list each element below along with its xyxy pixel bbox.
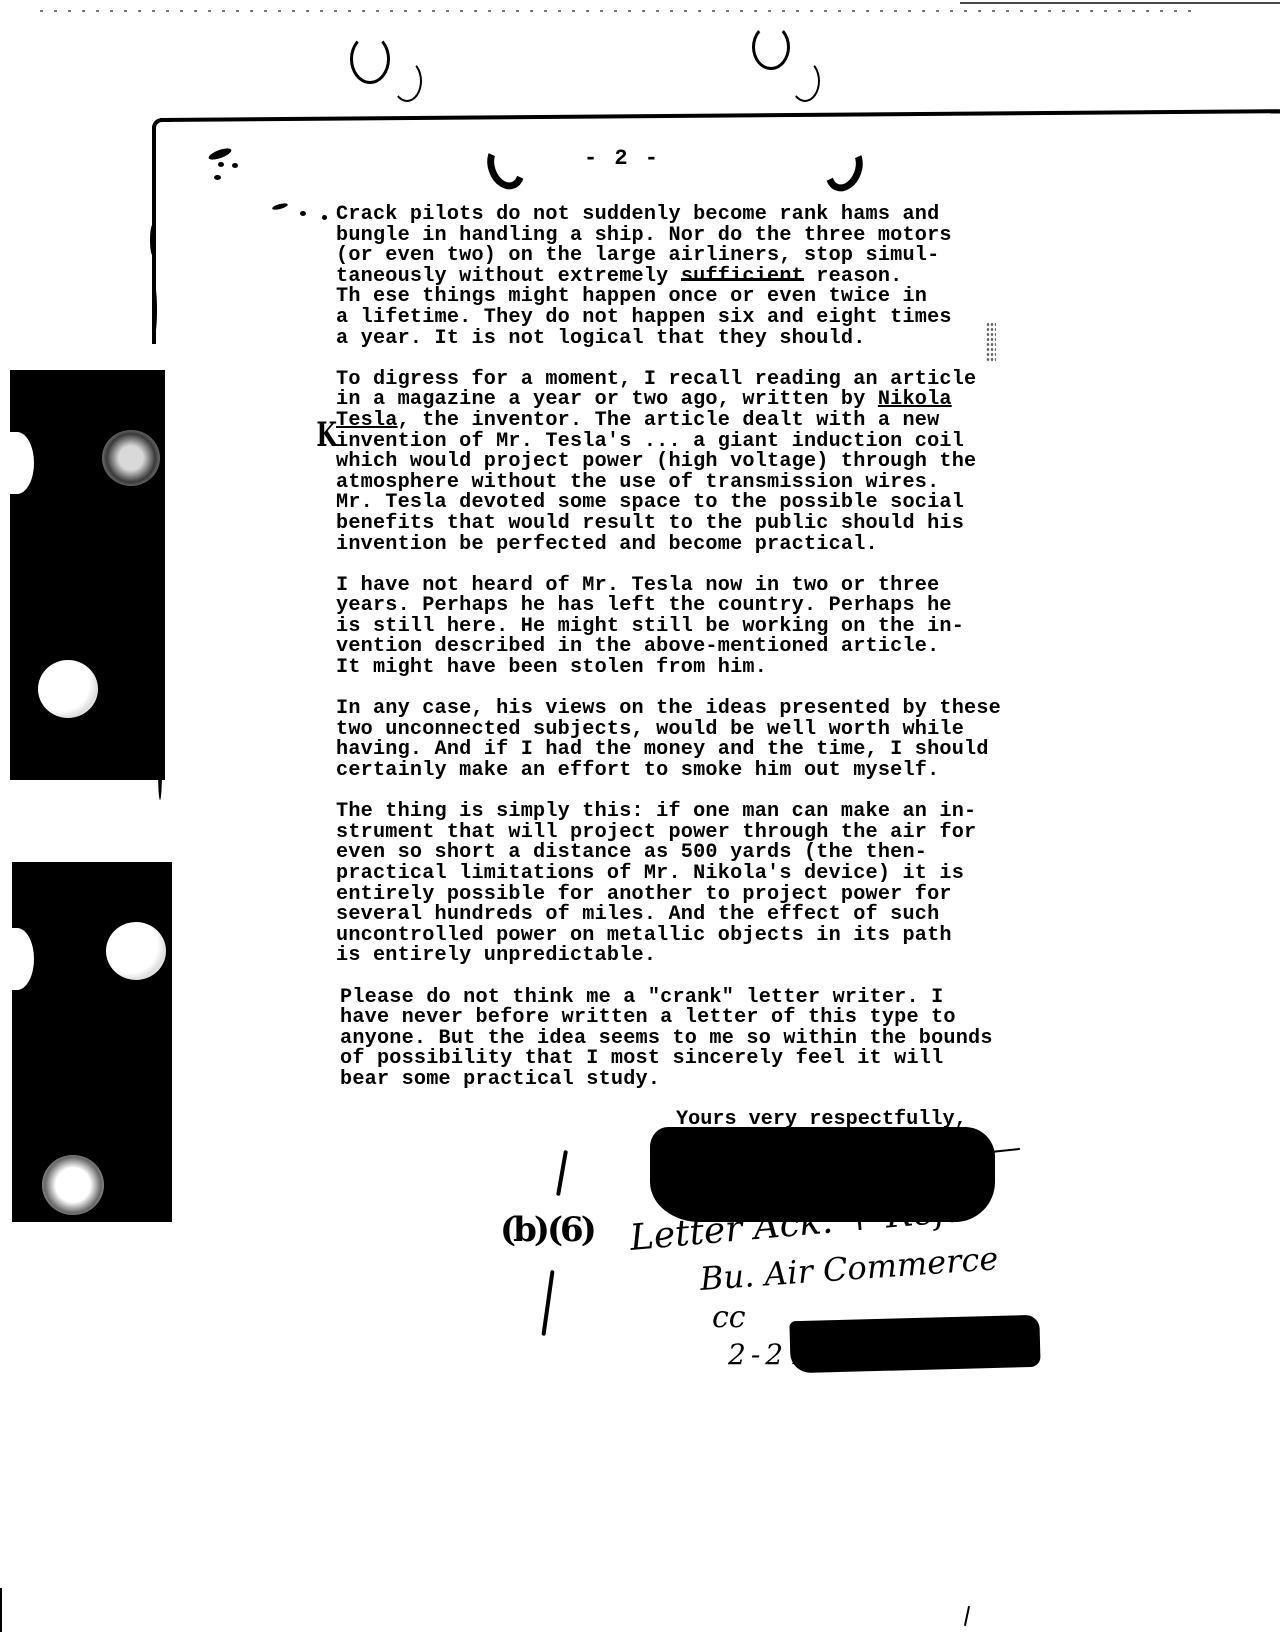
typed-line: is still here. He might still be working… [336, 617, 1036, 638]
typed-line: I have not heard of Mr. Tesla now in two… [336, 576, 1036, 597]
typed-line: two unconnected subjects, would be well … [336, 720, 1036, 741]
scan-edge-line [0, 1588, 2, 1632]
typed-line: invention of Mr. Tesla's ... a giant ind… [336, 432, 1036, 453]
typed-line: a year. It is not logical that they shou… [336, 329, 1036, 350]
underlined-name: Tesla [336, 409, 398, 432]
typed-line: of possibility that I most sincerely fee… [340, 1049, 1036, 1070]
handwritten-slash [541, 1270, 554, 1336]
typed-line: even so short a distance as 500 yards (t… [336, 843, 1036, 864]
ink-speck [300, 211, 306, 216]
typed-line: In any case, his views on the ideas pres… [336, 699, 1036, 720]
letter-paragraph: The thing is simply this: if one man can… [336, 802, 1036, 967]
typed-line: (or even two) on the large airliners, st… [336, 246, 1036, 267]
typed-line: To digress for a moment, I recall readin… [336, 370, 1036, 391]
punch-hole-icon [102, 430, 160, 486]
typed-line: taneously without extremely sufficient r… [336, 267, 1036, 288]
ink-speck [207, 146, 232, 162]
typed-line: practical limitations of Mr. Nikola's de… [336, 864, 1036, 885]
ghost-binder-hole-icon [350, 34, 390, 84]
typed-line: years. Perhaps he has left the country. … [336, 596, 1036, 617]
letter-paragraph: I have not heard of Mr. Tesla now in two… [336, 576, 1036, 679]
typed-line: bear some practical study. [340, 1070, 1036, 1091]
typed-line: Mr. Tesla devoted some space to the poss… [336, 493, 1036, 514]
punch-hole-icon [38, 660, 98, 718]
typed-line: Tesla, the inventor. The article dealt w… [336, 411, 1036, 432]
ink-speck [218, 162, 224, 167]
margin-annotation-k: K [316, 415, 337, 455]
letter-paragraph: Crack pilots do not suddenly become rank… [336, 205, 1036, 349]
ghost-binder-hole-icon [752, 24, 790, 70]
letter-paragraph: In any case, his views on the ideas pres… [336, 699, 1036, 781]
typed-line: bungle in handling a ship. Nor do the th… [336, 226, 1036, 247]
typed-line: a lifetime. They do not happen six and e… [336, 308, 1036, 329]
typed-line: vention described in the above-mentioned… [336, 637, 1036, 658]
typed-line: It might have been stolen from him. [336, 658, 1036, 679]
ink-speck [152, 285, 157, 335]
typed-line: have never before written a letter of th… [340, 1008, 1036, 1029]
ink-speck [150, 225, 155, 255]
letter-body: Crack pilots do not suddenly become rank… [336, 205, 1036, 1111]
scan-noise-line [40, 10, 1200, 12]
handwritten-slash [556, 1150, 568, 1196]
typed-line: entirely possible for another to project… [336, 885, 1036, 906]
ghost-binder-hole-icon [392, 60, 422, 102]
underlined-name: Nikola [878, 388, 952, 411]
typed-line: uncontrolled power on metallic objects i… [336, 926, 1036, 947]
ink-speck [232, 163, 238, 168]
letter-paragraph: Please do not think me a "crank" letter … [340, 988, 1036, 1091]
edge-notch [0, 928, 34, 990]
edge-notch [0, 432, 34, 494]
ghost-binder-hole-icon [790, 60, 820, 102]
typed-line: strument that will project power through… [336, 823, 1036, 844]
scan-edge-line [960, 2, 1280, 4]
typed-line: which would project power (high voltage)… [336, 452, 1036, 473]
typed-line: having. And if I had the money and the t… [336, 740, 1036, 761]
handwritten-cc: cc [712, 1300, 746, 1335]
punch-hole-icon [106, 922, 166, 980]
typed-line: anyone. But the idea seems to me so with… [340, 1029, 1036, 1050]
typed-line: several hundreds of miles. And the effec… [336, 905, 1036, 926]
handwritten-file-number: 2-2737 [728, 1338, 857, 1371]
typed-line: Crack pilots do not suddenly become rank… [336, 205, 1036, 226]
punch-hole-icon [42, 1155, 104, 1215]
ink-speck [272, 202, 289, 211]
typed-line: is entirely unpredictable. [336, 946, 1036, 967]
stray-mark [964, 1606, 970, 1626]
typed-line: benefits that would result to the public… [336, 514, 1036, 535]
typed-line: Th ese things might happen once or even … [336, 287, 1036, 308]
letter-paragraph: To digress for a moment, I recall readin… [336, 370, 1036, 555]
ring-mark-icon [819, 139, 869, 196]
scanned-letter-page: - 2 - K Crack pilots do not suddenly bec… [0, 0, 1280, 1632]
struck-word: sufficient [681, 265, 804, 288]
typed-line: atmosphere without the use of transmissi… [336, 473, 1036, 494]
page-number: - 2 - [584, 146, 660, 171]
typed-line: Please do not think me a "crank" letter … [340, 988, 1036, 1009]
ring-mark-icon [481, 137, 531, 194]
typed-line: The thing is simply this: if one man can… [336, 802, 1036, 823]
ink-speck [214, 175, 221, 180]
typed-line: invention be perfected and become practi… [336, 535, 1036, 556]
typed-line: in a magazine a year or two ago, written… [336, 390, 1036, 411]
typed-bullet [322, 215, 327, 220]
typed-line: certainly make an effort to smoke him ou… [336, 761, 1036, 782]
paper-edge [160, 109, 1280, 122]
exemption-code: (b)(6) [500, 1210, 594, 1250]
